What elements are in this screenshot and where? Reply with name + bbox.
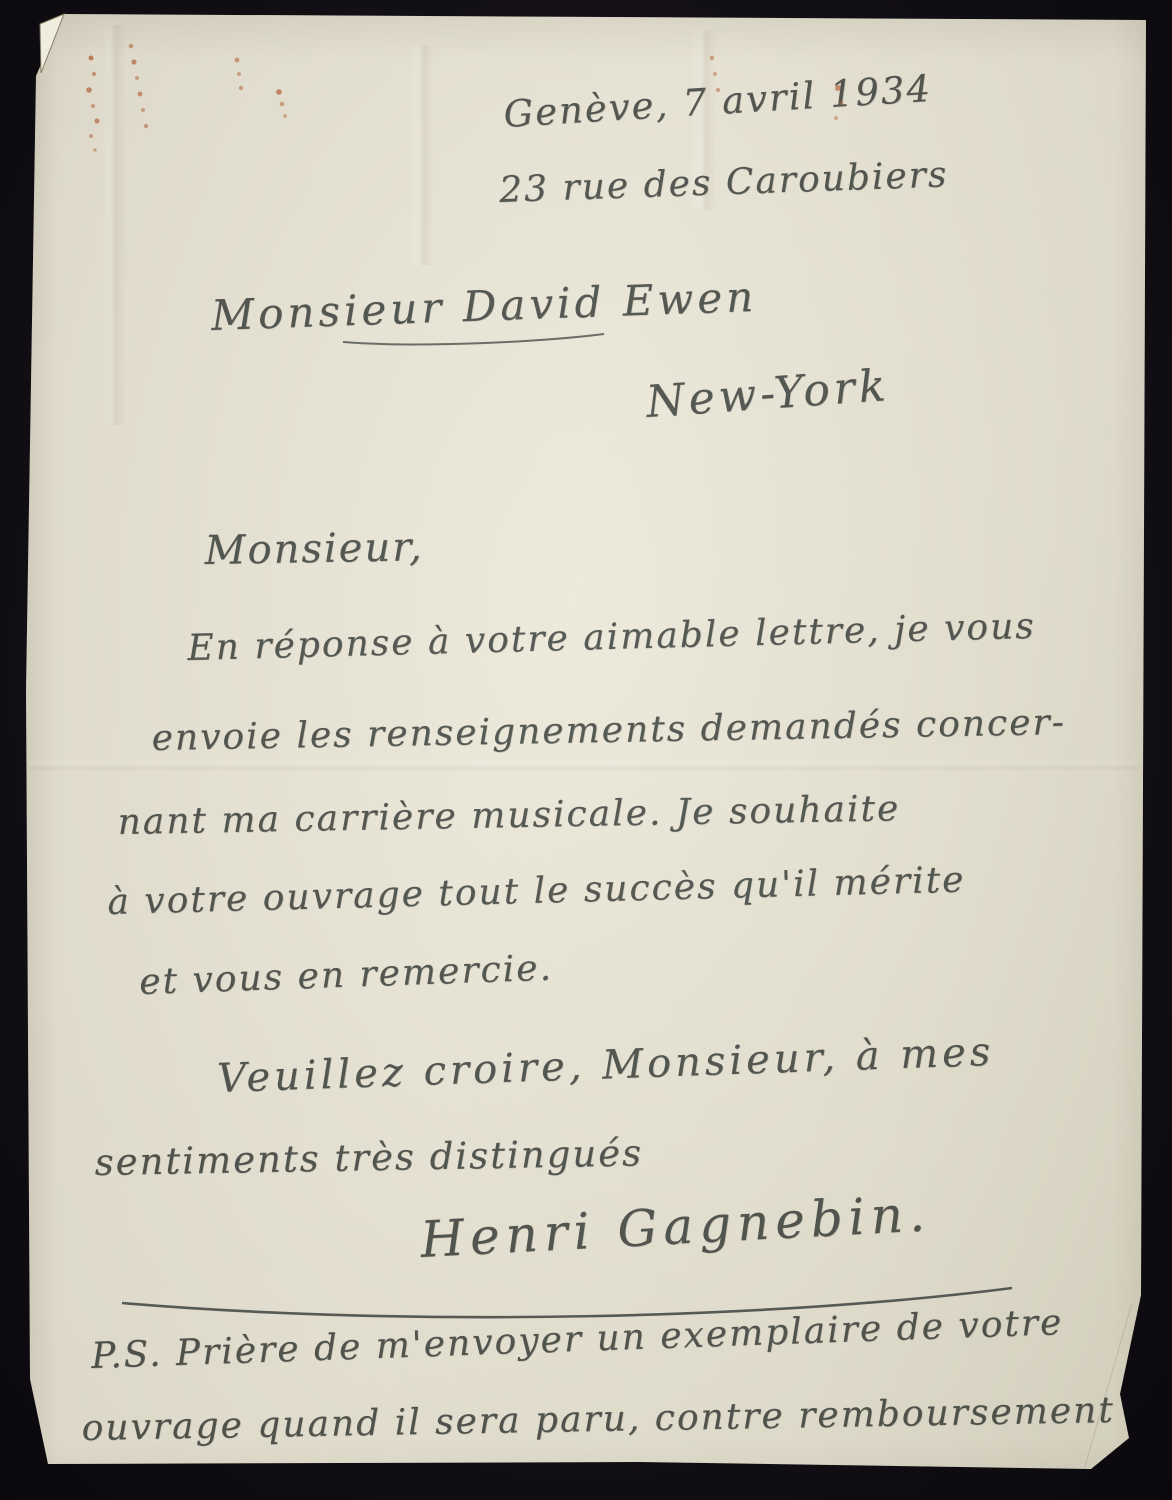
ps-line-1: P.S. Prière de m'envoyer un exemplaire d… [91, 1302, 1064, 1377]
paper-crease [100, 25, 126, 425]
closing-line-2: sentiments très distingués [94, 1132, 643, 1184]
paper-crease [408, 45, 434, 265]
body-line-2: envoie les renseignements demandés conce… [151, 702, 1066, 759]
body-line-5: et vous en remercie. [139, 948, 554, 1004]
recipient-city: New-York [644, 361, 891, 428]
ps-line-2: ouvrage quand il sera paru, contre rembo… [81, 1390, 1115, 1449]
paper-fold-crease [28, 758, 1138, 772]
closing-line-1: Veuillez croire, Monsieur, à mes [216, 1029, 995, 1102]
body-line-3: nant ma carrière musicale. Je souhaite [117, 788, 900, 843]
letter-page: Genève, 7 avril 1934 23 rue des Caroubie… [0, 0, 1172, 1500]
paper-corner-crease [1083, 1303, 1133, 1467]
body-line-4: à votre ouvrage tout le succès qu'il mér… [107, 860, 966, 924]
photo-backdrop: Genève, 7 avril 1934 23 rue des Caroubie… [0, 0, 1172, 1500]
letter-place-date: Genève, 7 avril 1934 [502, 68, 933, 137]
salutation: Monsieur, [204, 524, 424, 574]
sender-address-line: 23 rue des Caroubiers [499, 154, 949, 211]
body-line-1: En réponse à votre aimable lettre, je vo… [187, 606, 1036, 670]
signature: Henri Gagnebin. [419, 1185, 932, 1269]
recipient-name: Monsieur David Ewen [210, 273, 758, 340]
